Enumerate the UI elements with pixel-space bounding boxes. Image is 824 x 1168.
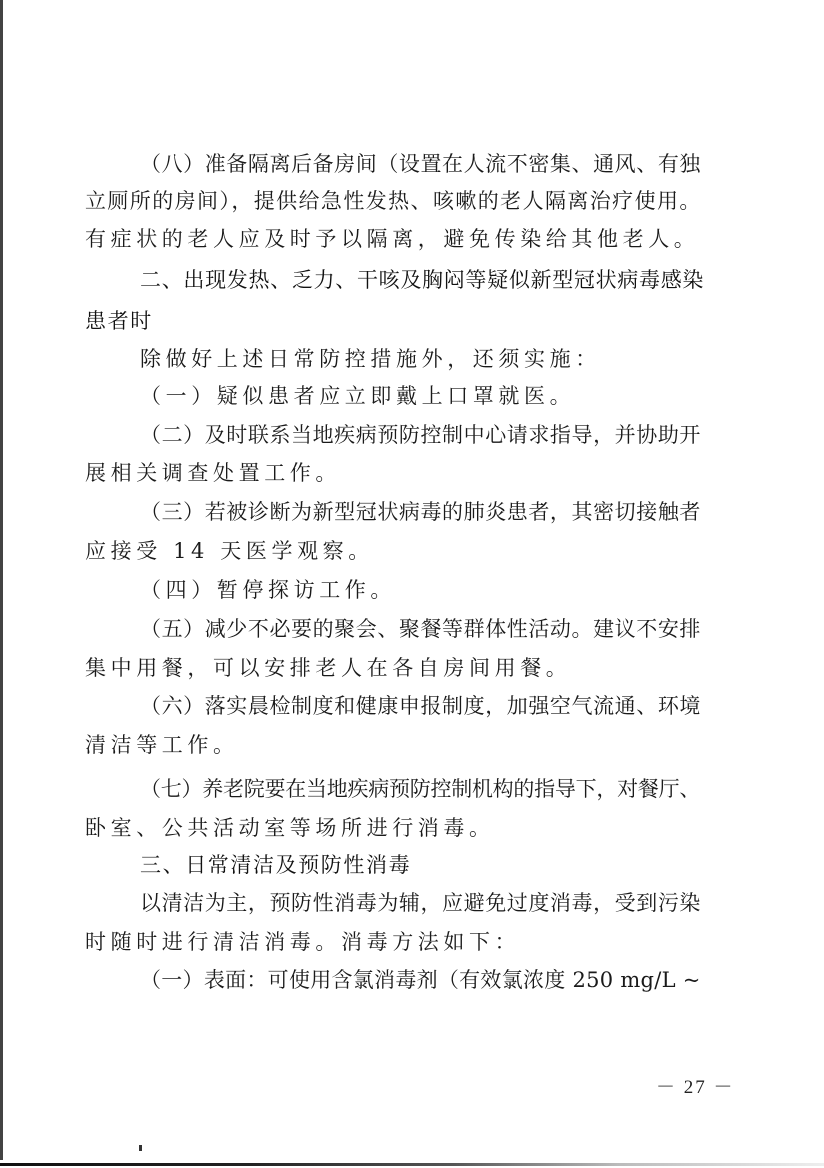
paragraph-line: （一）表面：可使用含氯消毒剂（有效氯浓度 250 mg/L ~ — [140, 966, 701, 994]
paragraph-line: （八）准备隔离后备房间（设置在人流不密集、通风、有独 — [140, 150, 701, 178]
section-heading-line: 二、出现发热、乏力、干咳及胸闷等疑似新型冠状病毒感染 — [140, 266, 704, 294]
section-heading-line: 三、日常清洁及预防性消毒 — [140, 851, 411, 879]
paragraph-line: 有症状的老人应及时予以隔离，避免传染给其他老人。 — [85, 225, 699, 253]
scan-speck — [139, 1145, 142, 1151]
scan-left-border — [0, 0, 3, 1160]
paragraph-line: 应接受 14 天医学观察。 — [85, 537, 374, 565]
paragraph-line: 展相关调查处置工作。 — [85, 459, 341, 487]
paragraph-line: （一）疑似患者应立即戴上口罩就医。 — [140, 382, 575, 410]
paragraph-line: 以清洁为主，预防性消毒为辅，应避免过度消毒，受到污染 — [140, 889, 701, 917]
paragraph-line: 立厕所的房间），提供给急性发热、咳嗽的老人隔离治疗使用。 — [85, 187, 702, 215]
section-heading-line: 患者时 — [85, 307, 153, 335]
paragraph-line: 卧室、公共活动室等场所进行消毒。 — [85, 814, 495, 842]
paragraph-line: （五）减少不必要的聚会、聚餐等群体性活动。建议不安排 — [140, 615, 701, 643]
paragraph-line: 除做好上述日常防控措施外，还须实施： — [140, 345, 601, 373]
scan-bottom-border — [0, 1163, 824, 1166]
document-page: （八）准备隔离后备房间（设置在人流不密集、通风、有独立厕所的房间），提供给急性发… — [0, 0, 824, 1168]
paragraph-line: （六）落实晨检制度和健康申报制度，加强空气流通、环境 — [140, 692, 701, 720]
paragraph-line: 时随时进行清洁消毒。消毒方法如下： — [85, 928, 520, 956]
page-number: － 27 － — [656, 1072, 735, 1099]
paragraph-line: （三）若被诊断为新型冠状病毒的肺炎患者，其密切接触者 — [140, 498, 701, 526]
paragraph-line: （七）养老院要在当地疾病预防控制机构的指导下，对餐厅、 — [140, 775, 700, 803]
paragraph-line: 清洁等工作。 — [85, 731, 239, 759]
paragraph-line: （二）及时联系当地疾病预防控制中心请求指导，并协助开 — [140, 421, 701, 449]
paragraph-line: 集中用餐，可以安排老人在各自房间用餐。 — [85, 654, 571, 682]
paragraph-line: （四）暂停探访工作。 — [140, 576, 396, 604]
